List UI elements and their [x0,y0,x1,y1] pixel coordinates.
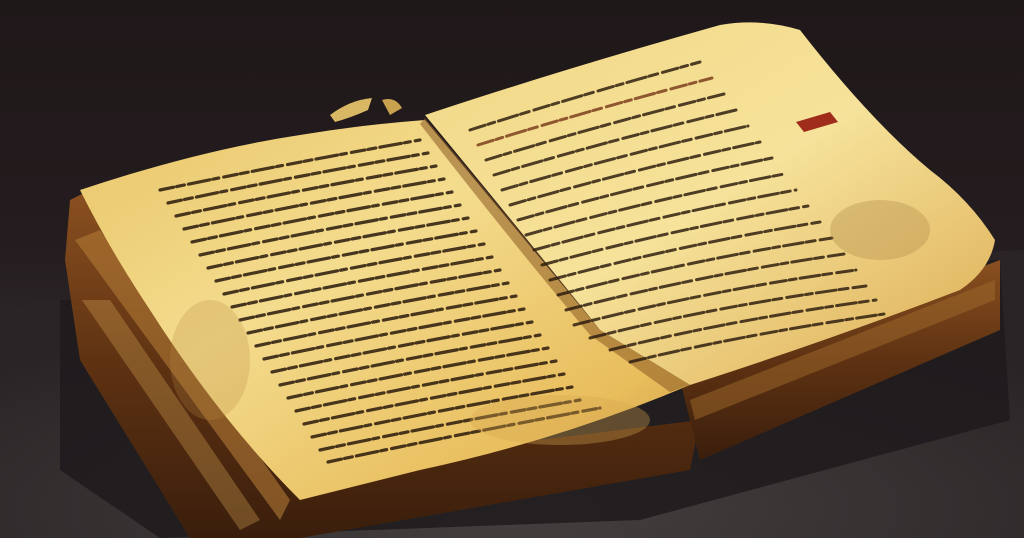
manuscript-photo [0,0,1024,538]
manuscript-illustration [0,0,1024,538]
bookmark-fragment [330,98,372,122]
